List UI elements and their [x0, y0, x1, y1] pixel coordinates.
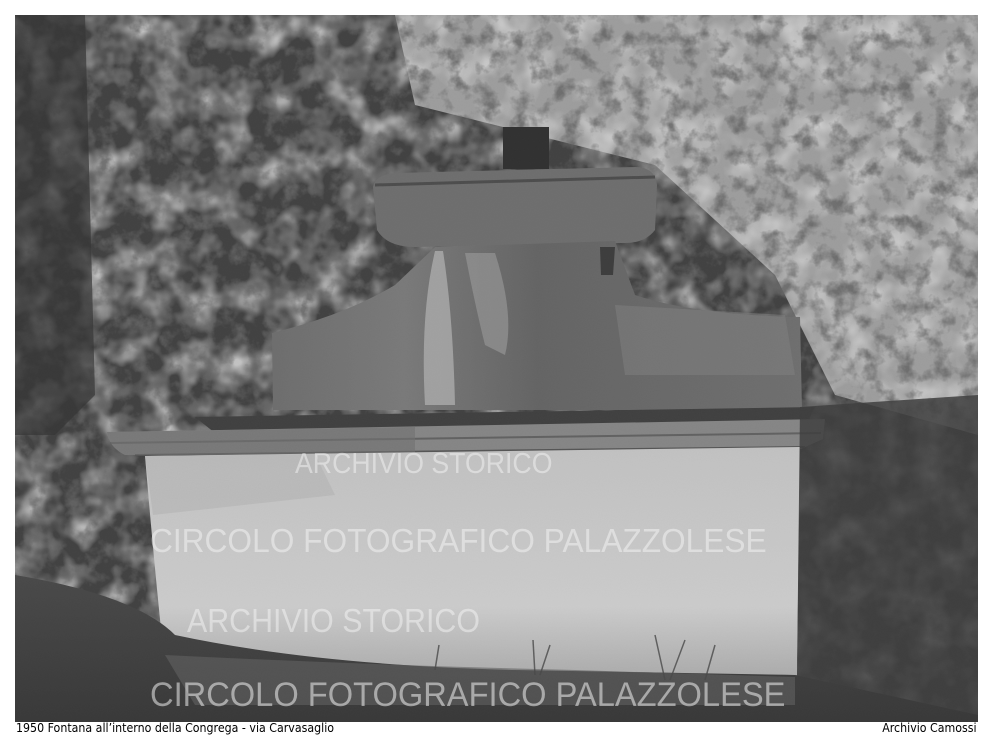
fountain-scene — [15, 15, 978, 722]
watermark-circolo-fotografico: CIRCOLO FOTOGRAFICO PALAZZOLESE — [150, 522, 767, 560]
archival-photo — [15, 15, 978, 722]
watermark-archivio-storico: ARCHIVIO STORICO — [295, 448, 552, 481]
photo-caption: 1950 Fontana all’interno della Congrega … — [16, 721, 334, 736]
watermark-archivio-storico: ARCHIVIO STORICO — [187, 602, 480, 640]
watermark-circolo-fotografico: CIRCOLO FOTOGRAFICO PALAZZOLESE — [150, 676, 785, 715]
archive-credit: Archivio Camossi — [883, 721, 977, 736]
